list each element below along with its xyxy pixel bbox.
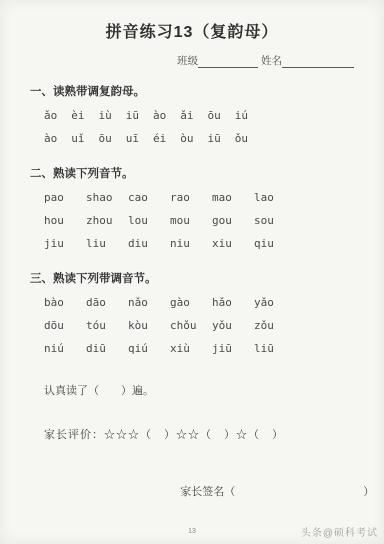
pinyin-item: ào xyxy=(153,104,166,127)
pinyin-item: uī xyxy=(126,127,139,150)
pinyin-item: ōu xyxy=(208,104,221,127)
pinyin-row: ǎoèiiùiūàoǎiōuiú xyxy=(44,104,384,127)
syllable-row: houzhouloumougousou xyxy=(44,209,384,232)
syllable-item: niu xyxy=(170,232,198,255)
syllable-item: liu xyxy=(86,232,114,255)
class-label: 班级 xyxy=(177,55,198,67)
pinyin-item: uǐ xyxy=(71,127,84,150)
pinyin-item: ǎo xyxy=(44,104,57,127)
pinyin-item: iù xyxy=(99,104,112,127)
toned-syllable-item: yǒu xyxy=(212,314,240,337)
section2-rows: paoshaocaoraomaolao houzhouloumougousou … xyxy=(44,186,384,255)
read-times-line: 认真读了（ ）遍。 xyxy=(44,382,384,398)
section1-rows: ǎoèiiùiūàoǎiōuiú àouǐōuuīéiòuiūǒu xyxy=(44,104,384,150)
syllable-item: shao xyxy=(86,186,114,209)
syllable-item: jiu xyxy=(44,232,72,255)
section3-heading: 三、熟读下列带调音节。 xyxy=(30,270,384,286)
pinyin-item: iū xyxy=(126,104,139,127)
syllable-item: mou xyxy=(170,209,198,232)
toned-syllable-item: nǎo xyxy=(128,291,156,314)
class-blank-line xyxy=(198,56,258,68)
name-blank-line xyxy=(282,56,354,68)
signature-label: 家长签名（ xyxy=(180,486,235,498)
toned-syllable-item: dōu xyxy=(44,314,72,337)
parent-evaluation-line: 家长评价：☆☆☆（ ）☆☆（ ）☆（ ） xyxy=(44,426,384,442)
toned-syllable-row: niúdiūqiúxiùjiūliū xyxy=(44,337,384,360)
pinyin-item: ào xyxy=(44,127,57,150)
toned-syllable-row: dōutóukòuchǒuyǒuzǒu xyxy=(44,314,384,337)
section3-rows: bàodāonǎogàohǎoyǎo dōutóukòuchǒuyǒuzǒu n… xyxy=(44,291,384,360)
pinyin-item: ǒu xyxy=(235,127,248,150)
toned-syllable-item: diū xyxy=(86,337,114,360)
page-title: 拼音练习13（复韵母） xyxy=(0,0,384,42)
syllable-item: lou xyxy=(128,209,156,232)
toned-syllable-row: bàodāonǎogàohǎoyǎo xyxy=(44,291,384,314)
syllable-item: xiu xyxy=(212,232,240,255)
syllable-item: diu xyxy=(128,232,156,255)
toned-syllable-item: yǎo xyxy=(254,291,282,314)
toned-syllable-item: niú xyxy=(44,337,72,360)
toned-syllable-item: zǒu xyxy=(254,314,282,337)
signature-close-paren: ） xyxy=(363,486,374,498)
pinyin-item: iú xyxy=(235,104,248,127)
syllable-row: paoshaocaoraomaolao xyxy=(44,186,384,209)
pinyin-row: àouǐōuuīéiòuiūǒu xyxy=(44,127,384,150)
toned-syllable-item: xiù xyxy=(170,337,198,360)
syllable-item: cao xyxy=(128,186,156,209)
pinyin-item: ǎi xyxy=(180,104,193,127)
toned-syllable-item: gào xyxy=(170,291,198,314)
syllable-item: gou xyxy=(212,209,240,232)
worksheet-page: 拼音练习13（复韵母） 班级 姓名 一、读熟带调复韵母。 ǎoèiiùiūàoǎ… xyxy=(0,0,384,544)
section2-heading: 二、熟读下列音节。 xyxy=(30,165,384,181)
pinyin-item: iū xyxy=(208,127,221,150)
toned-syllable-item: bào xyxy=(44,291,72,314)
name-label: 姓名 xyxy=(261,55,282,67)
pinyin-item: òu xyxy=(180,127,193,150)
toned-syllable-item: kòu xyxy=(128,314,156,337)
section1-heading: 一、读熟带调复韵母。 xyxy=(30,83,384,99)
page-number: 13 xyxy=(188,528,196,535)
watermark-text: 头条@硕科考试 xyxy=(301,524,378,539)
toned-syllable-item: qiú xyxy=(128,337,156,360)
syllable-row: jiuliudiuniuxiuqiu xyxy=(44,232,384,255)
parent-signature-line: 家长签名（） xyxy=(168,471,384,511)
syllable-item: zhou xyxy=(86,209,114,232)
toned-syllable-item: hǎo xyxy=(212,291,240,314)
syllable-item: hou xyxy=(44,209,72,232)
syllable-item: mao xyxy=(212,186,240,209)
toned-syllable-item: tóu xyxy=(86,314,114,337)
syllable-item: pao xyxy=(44,186,72,209)
class-name-line: 班级 姓名 xyxy=(0,53,384,68)
toned-syllable-item: chǒu xyxy=(170,314,198,337)
pinyin-item: ōu xyxy=(99,127,112,150)
syllable-item: qiu xyxy=(254,232,282,255)
toned-syllable-item: dāo xyxy=(86,291,114,314)
syllable-item: sou xyxy=(254,209,282,232)
pinyin-item: éi xyxy=(153,127,166,150)
toned-syllable-item: jiū xyxy=(212,337,240,360)
toned-syllable-item: liū xyxy=(254,337,282,360)
pinyin-item: èi xyxy=(71,104,84,127)
syllable-item: rao xyxy=(170,186,198,209)
syllable-item: lao xyxy=(254,186,282,209)
